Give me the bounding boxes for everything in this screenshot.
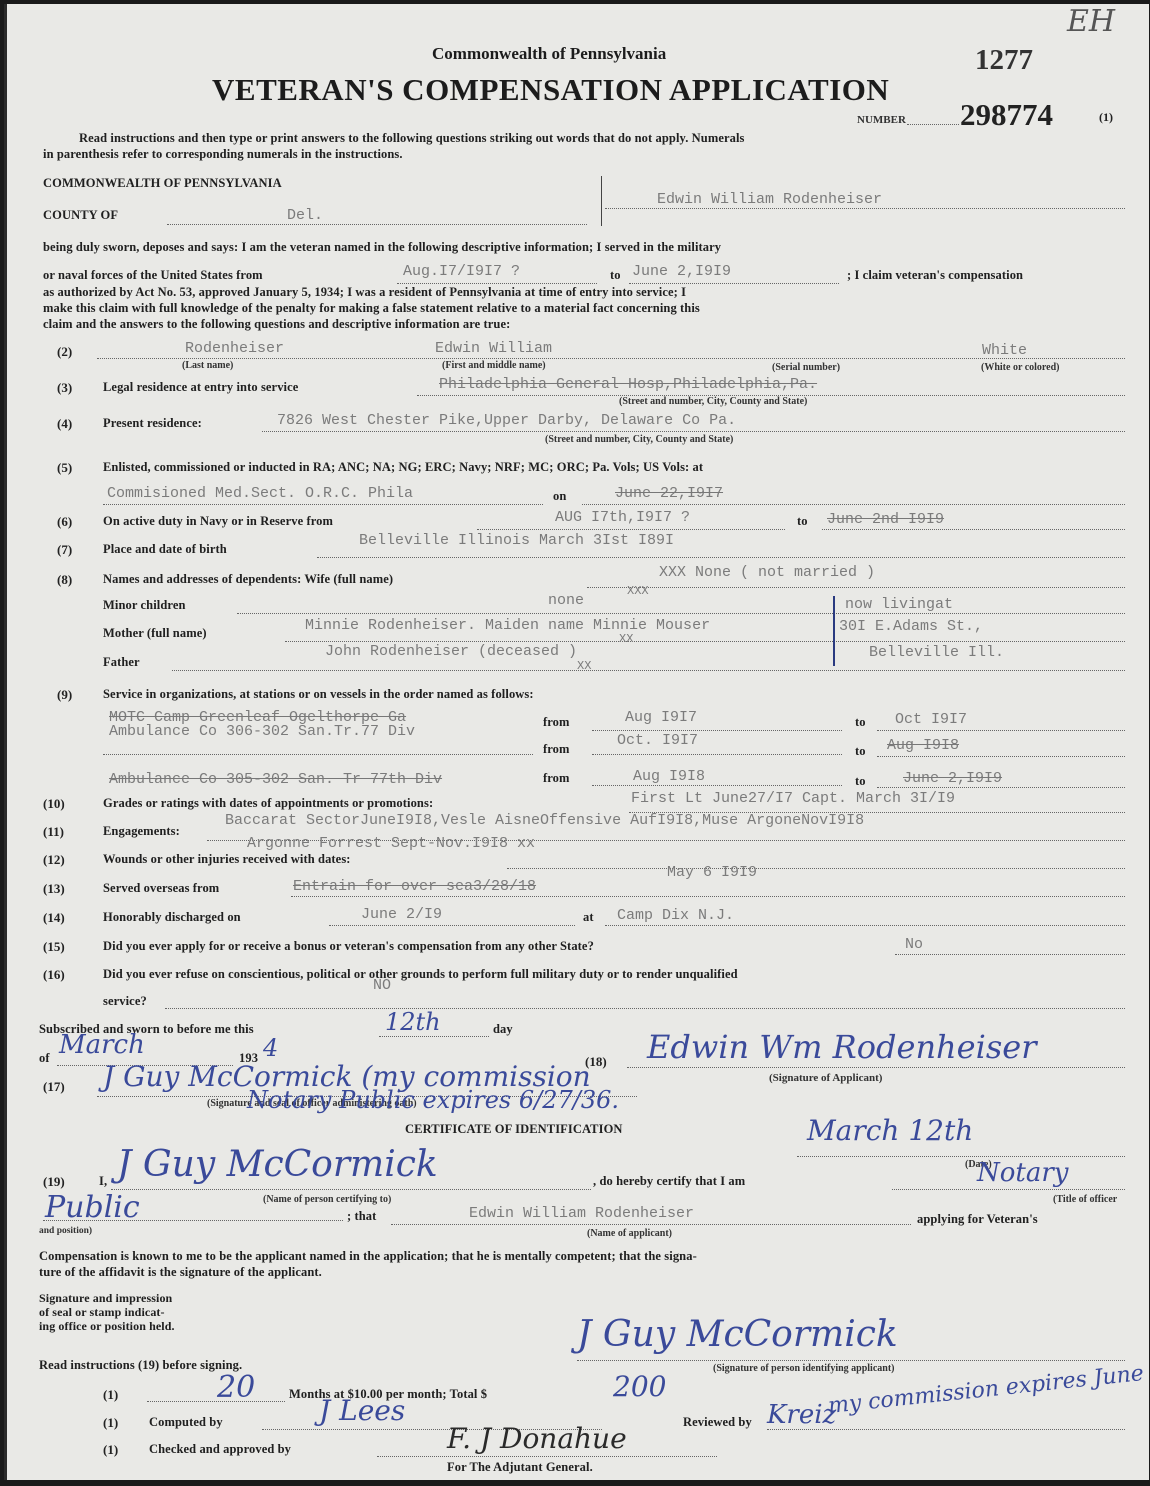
q6-to: June 2nd I9I9: [827, 511, 944, 528]
q2-number: (2): [57, 344, 72, 360]
months-value: 20: [217, 1370, 255, 1405]
q9-row3-to-label: to: [855, 774, 866, 789]
q7-number: (7): [57, 542, 72, 558]
q10-label: Grades or ratings with dates of appointm…: [103, 796, 433, 811]
instructions-line2: in parenthesis refer to corresponding nu…: [43, 147, 403, 162]
q11-number: (11): [43, 824, 64, 840]
applying-text: applying for Veteran's: [917, 1212, 1038, 1227]
q19-number: (19): [43, 1174, 65, 1190]
q8-address-line3: Belleville Ill.: [869, 644, 1004, 661]
q8-mother-mark: XX: [619, 632, 633, 646]
q5-value: Commisioned Med.Sect. O.R.C. Phila: [107, 485, 413, 502]
q2-race-label: (White or colored): [981, 362, 1060, 373]
county-line: [167, 224, 587, 225]
q13-value: Entrain for over sea3/28/18: [293, 878, 536, 895]
identifier-label: (Signature of person identifying applica…: [713, 1363, 895, 1374]
q12-label: Wounds or other injuries received with d…: [103, 852, 351, 867]
q9-row1-from-line: [592, 730, 842, 731]
q9-row2-to-label: to: [855, 744, 866, 759]
q8-minor-children-label: Minor children: [103, 598, 186, 613]
certificate-applicant-name: Edwin William Rodenheiser: [469, 1205, 694, 1222]
q17-number: (17): [43, 1079, 65, 1095]
q8-father-mark: XX: [577, 659, 591, 673]
q5-number: (5): [57, 460, 72, 476]
affidavit-line3: as authorized by Act No. 53, approved Ja…: [43, 285, 686, 300]
q14-label: Honorably discharged on: [103, 910, 241, 925]
q14-place-line: [605, 925, 1125, 926]
q6-to-line: [822, 529, 1125, 530]
q2-last-label: (Last name): [182, 360, 233, 371]
q14-date-line: [329, 925, 575, 926]
q13-line: [291, 896, 1125, 897]
q16-value: NO: [373, 977, 391, 994]
q14-date: June 2/I9: [361, 906, 442, 923]
q8-minor-children-mark: XXX: [627, 584, 649, 598]
q4-line: [262, 431, 1125, 432]
q9-row1-to-line: [877, 730, 1125, 731]
q2-first-middle: Edwin William: [435, 340, 552, 357]
certifier-title-label: (Title of officer: [1053, 1194, 1117, 1205]
q4-number: (4): [57, 416, 72, 432]
q16-label-line2: service?: [103, 994, 147, 1009]
that-label: ; that: [347, 1209, 376, 1224]
veteran-name: Edwin William Rodenheiser: [657, 191, 882, 208]
certificate-title: CERTIFICATE OF IDENTIFICATION: [405, 1122, 623, 1137]
form-number: 1277: [975, 44, 1033, 77]
brace: [595, 176, 602, 226]
q9-row3-org: Ambulance Co 305-302 San. Tr 77th Div: [109, 771, 442, 788]
service-to: June 2,I9I9: [632, 263, 731, 280]
affidavit-line1: being duly sworn, deposes and says: I am…: [43, 240, 721, 255]
q6-from-line: [477, 529, 785, 530]
q13-number: (13): [43, 881, 65, 897]
seal-label-line3: ing office or position held.: [39, 1319, 175, 1334]
total-value: 200: [613, 1370, 666, 1403]
q8-minor-children-line: [237, 613, 1125, 614]
computed-by: J Lees: [319, 1394, 405, 1427]
computation-ref-1: (1): [103, 1387, 118, 1403]
affidavit-line2-prefix: or naval forces of the United States fro…: [43, 268, 263, 283]
q4-label: Present residence:: [103, 416, 202, 431]
q7-value: Belleville Illinois March 3Ist I89I: [359, 532, 674, 549]
q4-value: 7826 West Chester Pike,Upper Darby, Dela…: [277, 412, 736, 429]
q3-value: Philadelphia General Hosp,Philadelphia,P…: [439, 376, 817, 393]
county-label: COUNTY OF: [43, 208, 118, 223]
q9-row2-org: Ambulance Co 306-302 San.Tr.77 Div: [109, 723, 415, 740]
q6-label: On active duty in Navy or in Reserve fro…: [103, 514, 333, 529]
q9-row2-to-line: [877, 756, 1125, 757]
certificate-body-line2: ture of the affidavit is the signature o…: [39, 1265, 322, 1280]
affidavit-line5: claim and the answers to the following q…: [43, 317, 510, 332]
q9-row3-from-line: [592, 785, 842, 786]
certifier-name: J Guy McCormick: [117, 1144, 438, 1185]
q15-number: (15): [43, 939, 65, 955]
identifier-signature-line: [577, 1360, 1125, 1361]
instructions-line1: Read instructions and then type or print…: [79, 131, 745, 146]
q2-last-name: Rodenheiser: [185, 340, 284, 357]
q3-sublabel: (Street and number, City, County and Sta…: [619, 396, 807, 407]
position-line: [43, 1220, 343, 1221]
q2-race: White: [982, 342, 1027, 359]
q11-label: Engagements:: [103, 824, 180, 839]
position-label: and position): [39, 1226, 92, 1236]
q3-label: Legal residence at entry into service: [103, 380, 298, 395]
number-label: NUMBER: [857, 114, 906, 126]
certify-text: , do hereby certify that I am: [593, 1174, 745, 1189]
commonwealth-label: COMMONWEALTH OF PENNSYLVANIA: [43, 176, 282, 191]
q8-label: Names and addresses of dependents: Wife …: [103, 572, 393, 587]
q18-number: (18): [585, 1054, 607, 1070]
q12-line: [507, 868, 1125, 869]
computed-label: Computed by: [149, 1415, 223, 1430]
service-from-line: [397, 283, 597, 284]
q7-line: [317, 557, 1125, 558]
q8-address-line2: 30I E.Adams St.,: [839, 618, 983, 635]
veteran-name-line: [605, 208, 1125, 209]
q11-value-line2: Argonne Forrest Sept-Nov.I9I8 xx: [247, 835, 535, 852]
q9-row1-from: Aug I9I7: [625, 709, 697, 726]
application-number: 298774: [960, 97, 1053, 133]
q8-father-label: Father: [103, 655, 140, 670]
q14-place: Camp Dix N.J.: [617, 907, 734, 924]
applicant-name-line: [391, 1224, 911, 1225]
q3-number: (3): [57, 380, 72, 396]
q15-value: No: [905, 936, 923, 953]
reviewed-label: Reviewed by: [683, 1415, 752, 1430]
q8-father-line: [172, 670, 1125, 671]
q12-number: (12): [43, 852, 65, 868]
q8-mother-label: Mother (full name): [103, 626, 207, 641]
checked-line: [377, 1456, 717, 1457]
seal-label-line1: Signature and impression: [39, 1291, 172, 1306]
service-from: Aug.I7/I9I7 ?: [403, 263, 520, 280]
certifier-title: Notary: [977, 1158, 1068, 1188]
q10-value: First Lt June27/I7 Capt. March 3I/I9: [631, 790, 955, 807]
q14-at-label: at: [583, 910, 594, 925]
adjutant-label: For The Adjutant General.: [447, 1460, 593, 1475]
q5-label: Enlisted, commissioned or inducted in RA…: [103, 460, 703, 475]
q9-row3-from-label: from: [543, 771, 570, 786]
q9-row2-org-line: [103, 754, 533, 755]
county-value: Del.: [287, 207, 323, 224]
checked-label: Checked and approved by: [149, 1442, 291, 1457]
months-line: [147, 1401, 285, 1402]
q9-row2-from-line: [592, 754, 842, 755]
q9-row1-from-label: from: [543, 715, 570, 730]
q14-number: (14): [43, 910, 65, 926]
number-dots: [907, 124, 959, 125]
read-instructions: Read instructions (19) before signing.: [39, 1358, 242, 1373]
q8-mother: Minnie Rodenheiser. Maiden name Minnie M…: [305, 617, 710, 634]
q15-line: [895, 954, 1125, 955]
q8-father: John Rodenheiser (deceased ): [325, 643, 577, 660]
affidavit-line2-suffix: ; I claim veteran's compensation: [847, 268, 1023, 283]
number-ref: (1): [1099, 110, 1113, 125]
identifier-signature: J Guy McCormick: [577, 1314, 898, 1355]
q11-value-line1: Baccarat SectorJuneI9I8,Vesle AisneOffen…: [225, 812, 864, 829]
q9-row2-to: Aug I9I8: [887, 737, 959, 754]
certificate-date-line: [797, 1156, 1125, 1157]
affidavit-line4: make this claim with full knowledge of t…: [43, 301, 700, 316]
computation-ref-3: (1): [103, 1442, 118, 1458]
q8-minor-children: none: [548, 592, 584, 609]
q5-on-label: on: [553, 489, 566, 504]
computation-ref-2: (1): [103, 1415, 118, 1431]
q7-label: Place and date of birth: [103, 542, 227, 557]
reviewed-by: Kreiz: [767, 1400, 836, 1430]
q8-address-line1: now livingat: [845, 596, 953, 613]
q9-row2-from: Oct. I9I7: [617, 732, 698, 749]
q6-from: AUG I7th,I9I7 ?: [555, 509, 690, 526]
q9-row3-to-line: [877, 787, 1125, 788]
application-form: EH 1277 Commonwealth of Pennsylvania VET…: [4, 4, 1149, 1480]
checked-by: F. J Donahue: [447, 1422, 627, 1455]
q8-wife-line: [587, 587, 1125, 588]
applicant-label: (Signature of Applicant): [769, 1072, 882, 1084]
q6-to-label: to: [797, 514, 808, 529]
month-value: March: [59, 1030, 145, 1060]
q4-sublabel: (Street and number, City, County and Sta…: [545, 434, 733, 445]
q16-label-line1: Did you ever refuse on conscientious, po…: [103, 967, 738, 982]
page-title: VETERAN'S COMPENSATION APPLICATION: [212, 72, 889, 108]
q2-first-label: (First and middle name): [442, 360, 546, 371]
q6-number: (6): [57, 514, 72, 530]
q12-value: May 6 I9I9: [667, 864, 757, 881]
q5-line: [103, 504, 543, 505]
service-to-label: to: [610, 268, 621, 283]
q16-number: (16): [43, 967, 65, 983]
title-line: [892, 1189, 1125, 1190]
q9-row1-to: Oct I9I7: [895, 711, 967, 728]
of-label: of: [39, 1051, 50, 1066]
q8-wife: XXX None ( not married ): [659, 564, 875, 581]
seal-label-line2: of seal or stamp indicat-: [39, 1305, 165, 1320]
q5-date: June 22,I9I7: [615, 485, 723, 502]
day-line: [379, 1036, 489, 1037]
certificate-date: March 12th: [807, 1114, 973, 1147]
q8-mother-line: [285, 641, 1125, 642]
applicant-name-label: (Name of applicant): [587, 1228, 672, 1239]
q9-row3-to: June 2,I9I9: [903, 770, 1002, 787]
q2-serial-label: (Serial number): [772, 362, 840, 373]
q9-number: (9): [57, 687, 72, 703]
q16-line: [165, 1008, 1125, 1009]
q10-number: (10): [43, 796, 65, 812]
certifier-label: (Name of person certifying to): [263, 1194, 391, 1205]
applicant-signature: Edwin Wm Rodenheiser: [647, 1028, 1036, 1066]
certifier-name-line: [111, 1189, 591, 1190]
q9-label: Service in organizations, at stations or…: [103, 687, 534, 702]
day-value: 12th: [385, 1008, 441, 1036]
certificate-i-label: I,: [99, 1174, 107, 1189]
service-to-line: [629, 283, 839, 284]
q13-label: Served overseas from: [103, 881, 219, 896]
q15-label: Did you ever apply for or receive a bonu…: [103, 939, 594, 954]
officer-signature-line2: Notary Public expires 6/27/36.: [247, 1086, 619, 1114]
q9-row2-from-label: from: [543, 742, 570, 757]
top-initials: EH: [1067, 4, 1115, 39]
applicant-signature-line: [627, 1067, 1125, 1068]
q2-line: [97, 358, 1125, 359]
page-subtitle: Commonwealth of Pennsylvania: [432, 44, 666, 64]
q9-row1-to-label: to: [855, 715, 866, 730]
day-label: day: [493, 1022, 513, 1037]
q5-date-line: [582, 504, 1125, 505]
q9-row3-from: Aug I9I8: [633, 768, 705, 785]
q8-number: (8): [57, 572, 72, 588]
certificate-body-line1: Compensation is known to me to be the ap…: [39, 1249, 697, 1264]
year-value: 4: [263, 1034, 278, 1062]
